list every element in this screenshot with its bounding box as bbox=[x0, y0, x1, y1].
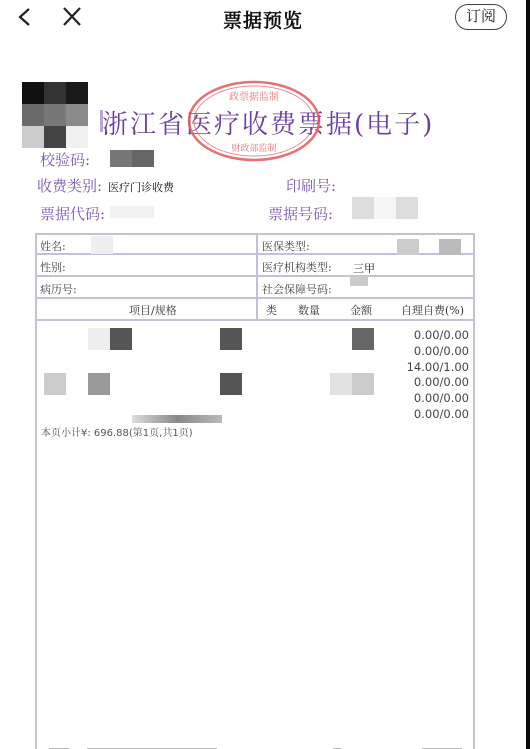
item-redacted bbox=[44, 373, 66, 395]
navbar: 票据预览 订阅 bbox=[0, 0, 526, 36]
col-amount: 金额 bbox=[350, 302, 372, 318]
self-pay-ratio: 0.00/0.00 bbox=[414, 407, 469, 421]
page-subtotal: 本页小计¥: 696.88(第1页,共1页) bbox=[41, 424, 193, 439]
check-code-label: 校验码: bbox=[40, 149, 90, 170]
invoice-table: 姓名: 性别: 病历号: 医保类型: 医疗机构类型: 三甲 社会保障号码: 项目… bbox=[35, 233, 475, 749]
official-seal-icon: 政票据监制 财政部监制 bbox=[186, 80, 322, 162]
gender-label: 性别: bbox=[40, 259, 66, 275]
col-item: 项目/规格 bbox=[129, 302, 177, 318]
bill-code-value-redacted bbox=[110, 206, 154, 218]
item-redacted bbox=[352, 328, 374, 350]
bill-no-value-redacted bbox=[374, 197, 396, 219]
insurance-type-redacted bbox=[439, 239, 461, 255]
page-title: 票据预览 bbox=[0, 6, 526, 33]
insurance-type-label: 医保类型: bbox=[262, 238, 310, 254]
print-no-label: 印刷号: bbox=[286, 175, 336, 196]
item-redacted bbox=[132, 415, 222, 423]
col-self-pay: 自理自费(%) bbox=[401, 302, 464, 318]
item-redacted bbox=[110, 328, 132, 350]
social-security-label: 社会保障号码: bbox=[262, 281, 332, 297]
item-redacted bbox=[88, 328, 110, 350]
record-no-label: 病历号: bbox=[40, 281, 77, 297]
col-category: 类 bbox=[266, 302, 277, 318]
institution-type-value: 三甲 bbox=[353, 260, 375, 276]
item-redacted bbox=[88, 373, 110, 395]
charge-category-value: 医疗门诊收费 bbox=[108, 179, 174, 195]
col-quantity: 数量 bbox=[298, 302, 320, 318]
item-redacted bbox=[352, 373, 374, 395]
subscribe-button[interactable]: 订阅 bbox=[455, 4, 507, 30]
svg-text:财政部监制: 财政部监制 bbox=[231, 142, 276, 154]
patient-name-redacted bbox=[91, 236, 113, 254]
bill-code-label: 票据代码: bbox=[40, 203, 105, 224]
qr-code bbox=[22, 82, 88, 150]
bill-no-label: 票据号码: bbox=[268, 203, 333, 224]
institution-type-label: 医疗机构类型: bbox=[262, 259, 332, 275]
item-redacted bbox=[330, 373, 352, 395]
column-divider bbox=[256, 235, 258, 321]
svg-text:政票据监制: 政票据监制 bbox=[229, 90, 279, 103]
row-divider bbox=[37, 297, 473, 299]
self-pay-ratio: 0.00/0.00 bbox=[414, 328, 469, 342]
bill-no-value-redacted bbox=[396, 197, 418, 219]
insurance-type-redacted bbox=[397, 239, 419, 255]
row-divider bbox=[37, 319, 473, 321]
row-divider bbox=[37, 275, 473, 277]
check-code-value-redacted bbox=[110, 150, 132, 167]
social-security-redacted bbox=[350, 276, 368, 286]
self-pay-ratio: 0.00/0.00 bbox=[414, 344, 469, 358]
item-redacted bbox=[220, 328, 242, 350]
self-pay-ratio: 14.00/1.00 bbox=[407, 360, 469, 374]
self-pay-ratio: 0.00/0.00 bbox=[414, 391, 469, 405]
bill-no-value-redacted bbox=[352, 197, 374, 219]
patient-name-label: 姓名: bbox=[40, 238, 66, 254]
screen-edge bbox=[526, 0, 530, 749]
item-redacted bbox=[220, 373, 242, 395]
check-code-value-redacted bbox=[132, 150, 154, 167]
charge-category-label: 收费类别: bbox=[37, 175, 102, 196]
self-pay-ratio: 0.00/0.00 bbox=[414, 375, 469, 389]
